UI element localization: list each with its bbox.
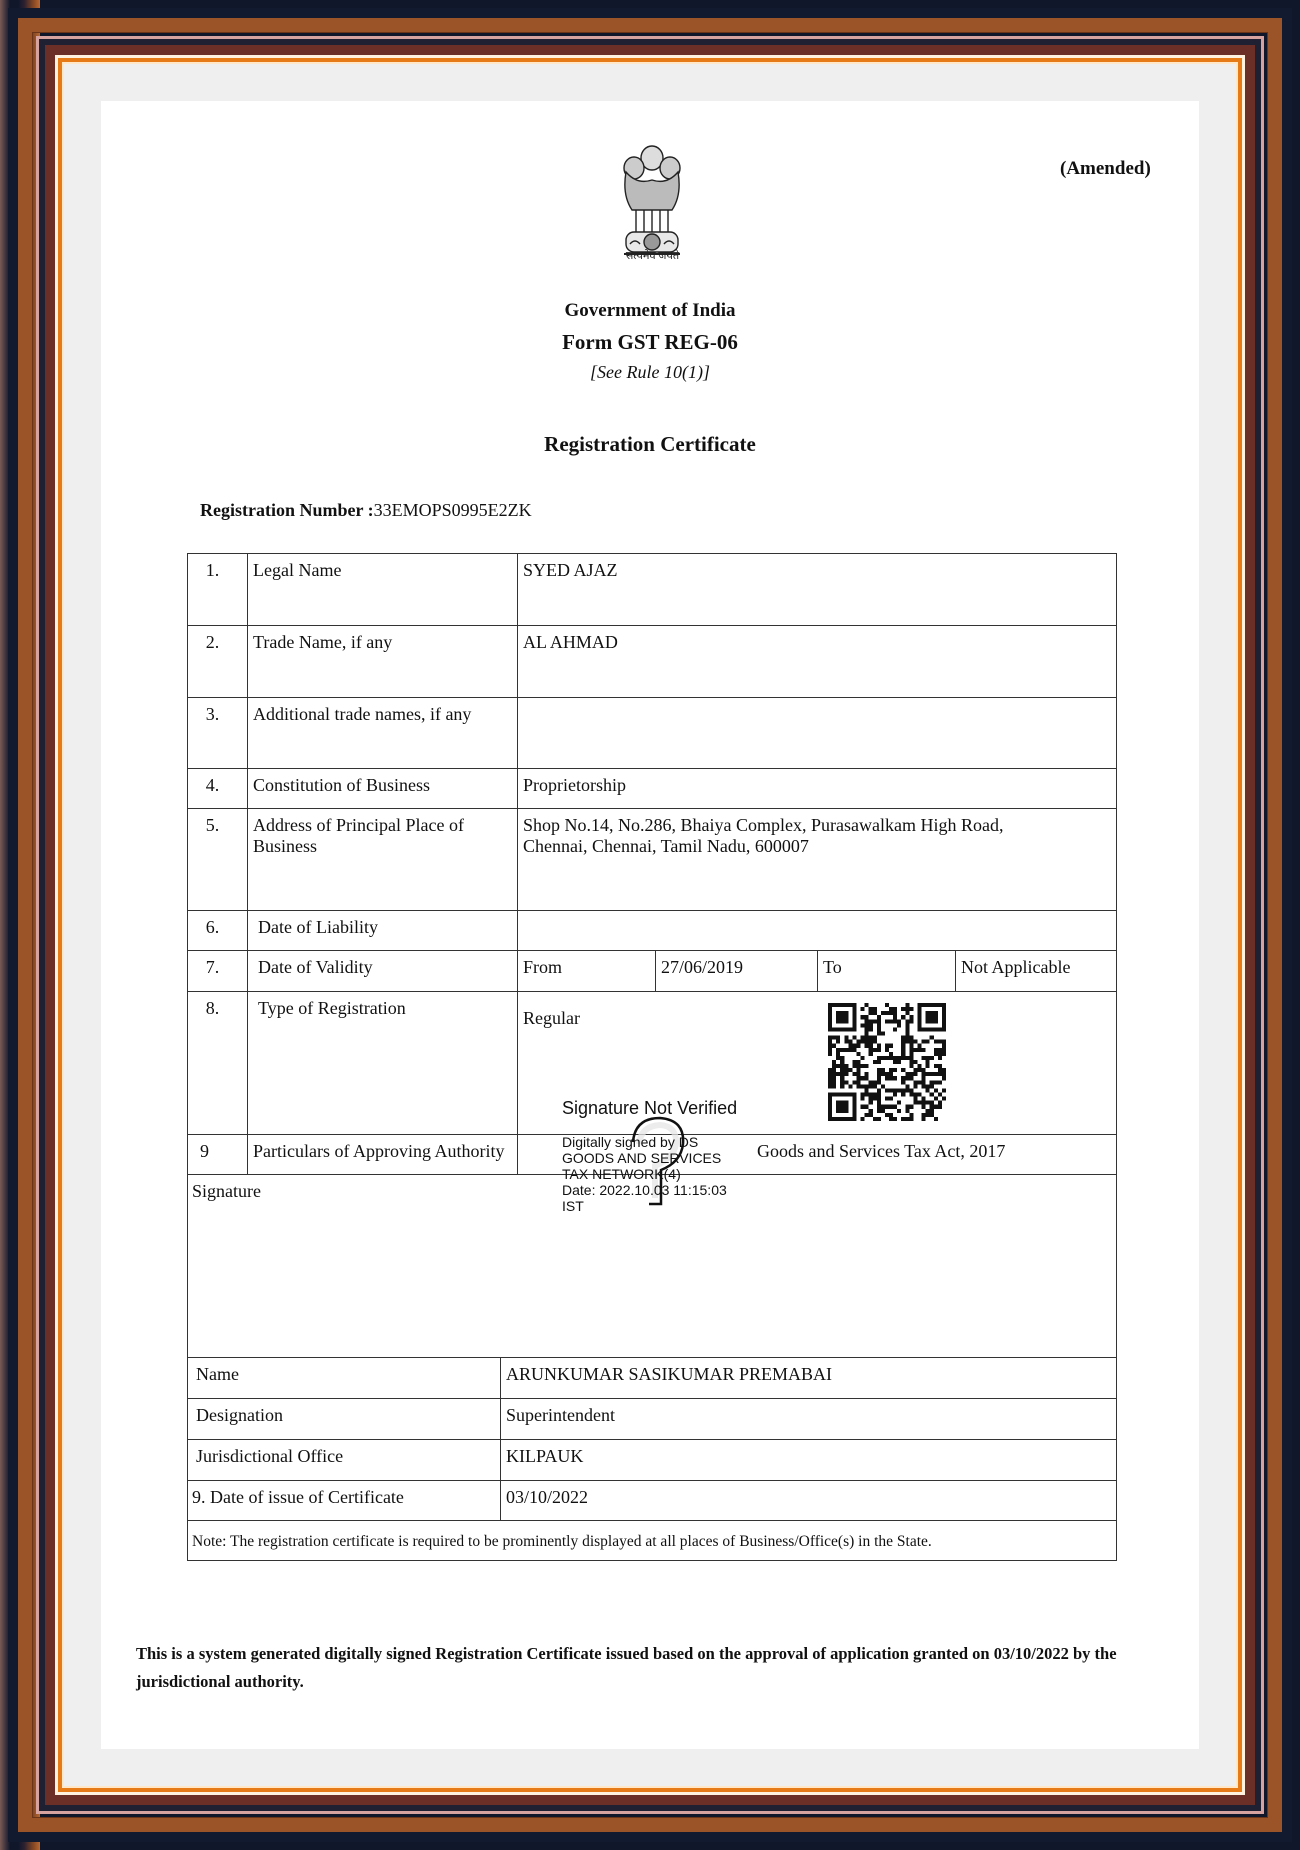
row-value-date-of-liability: [517, 910, 1117, 951]
row-number: 3.: [187, 697, 248, 769]
qr-code-icon: [828, 1003, 946, 1121]
row-number: 6.: [187, 910, 248, 951]
authority-value-jurisdiction: KILPAUK: [500, 1439, 1117, 1481]
row-value-address: Shop No.14, No.286, Bhaiya Complex, Pura…: [517, 808, 1117, 911]
validity-to-label: To: [817, 950, 956, 992]
authority-label-jurisdiction: Jurisdictional Office: [187, 1439, 501, 1481]
row-value-legal-name: SYED AJAZ: [517, 553, 1117, 626]
validity-from-label: From: [517, 950, 656, 992]
rule-reference: [See Rule 10(1)]: [0, 362, 1300, 383]
authority-label-designation: Designation: [187, 1398, 501, 1440]
row-value-constitution: Proprietorship: [517, 768, 1117, 809]
row-label-legal-name: Legal Name: [247, 553, 518, 626]
emblem-motto: सत्यमेव जयते: [600, 248, 705, 263]
row-number: 4.: [187, 768, 248, 809]
row-label-trade-name: Trade Name, if any: [247, 625, 518, 698]
row-number: 2.: [187, 625, 248, 698]
registration-number-value: 33EMOPS0995E2ZK: [374, 500, 532, 520]
row-label-approving-authority: Particulars of Approving Authority: [247, 1134, 518, 1175]
authority-value-name: ARUNKUMAR SASIKUMAR PREMABAI: [500, 1357, 1117, 1399]
registration-number-label: Registration Number :: [200, 500, 374, 520]
authority-value-issue-date: 03/10/2022: [500, 1480, 1117, 1521]
registration-number-line: Registration Number :33EMOPS0995E2ZK: [200, 500, 532, 521]
row-number: 7.: [187, 950, 248, 992]
signature-details: Digitally signed by DS GOODS AND SERVICE…: [562, 1134, 727, 1214]
row-label-constitution: Constitution of Business: [247, 768, 518, 809]
row-label-additional-trade-names: Additional trade names, if any: [247, 697, 518, 769]
row-number: 8.: [187, 991, 248, 1135]
form-name: Form GST REG-06: [0, 330, 1300, 355]
display-note: Note: The registration certificate is re…: [187, 1520, 1117, 1561]
system-generated-note: This is a system generated digitally sig…: [136, 1640, 1166, 1696]
government-heading: Government of India: [0, 300, 1300, 322]
row-label-date-of-validity: Date of Validity: [247, 950, 518, 992]
authority-value-designation: Superintendent: [500, 1398, 1117, 1440]
row-value-approving-authority: Goods and Services Tax Act, 2017: [757, 1141, 1005, 1162]
row-number: 5.: [187, 808, 248, 911]
amended-label: (Amended): [1060, 158, 1151, 180]
validity-to-value: Not Applicable: [955, 950, 1117, 992]
row-label-date-of-liability: Date of Liability: [247, 910, 518, 951]
authority-label-name: Name: [187, 1357, 501, 1399]
certificate-title: Registration Certificate: [0, 432, 1300, 457]
row-label-type-of-registration: Type of Registration: [247, 991, 518, 1135]
authority-label-issue-date: 9. Date of issue of Certificate: [187, 1480, 501, 1521]
row-value-trade-name: AL AHMAD: [517, 625, 1117, 698]
row-number: 9: [187, 1134, 248, 1175]
row-number: 1.: [187, 553, 248, 626]
validity-from-value: 27/06/2019: [655, 950, 818, 992]
signature-status: Signature Not Verified: [562, 1098, 737, 1119]
row-label-address: Address of Principal Place of Business: [247, 808, 518, 911]
row-value-additional-trade-names: [517, 697, 1117, 769]
